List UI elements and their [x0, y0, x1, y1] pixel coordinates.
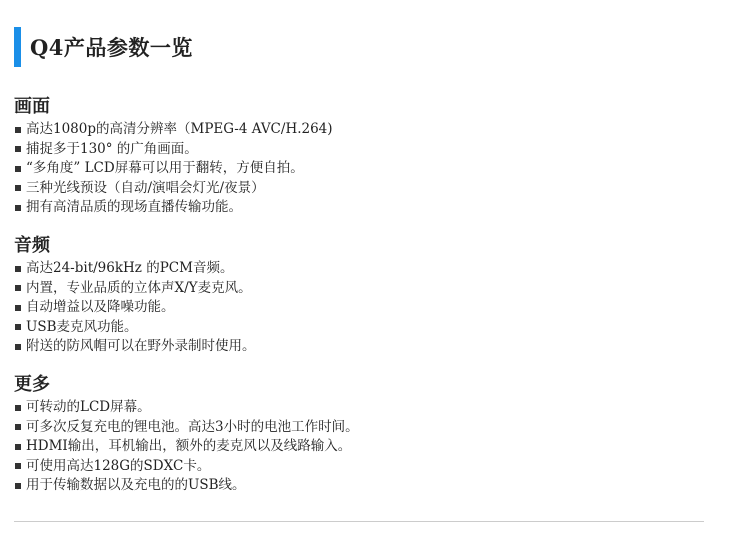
list-item: 捕捉多于130° 的广角画面。 [14, 140, 333, 160]
square-bullet-icon [15, 185, 21, 191]
list-item: HDMI输出，耳机输出，额外的麦克风以及线路输入。 [14, 437, 359, 457]
list-item-text: 可转动的LCD屏幕。 [26, 398, 151, 418]
square-bullet-icon [15, 405, 21, 411]
title-accent-bar [14, 27, 21, 67]
list-item: “多角度” LCD屏幕可以用于翻转，方便自拍。 [14, 159, 333, 179]
square-bullet-icon [15, 483, 21, 489]
square-bullet-icon [15, 285, 21, 291]
section-heading: 画面 [14, 95, 333, 119]
list-item: 自动增益以及降噪功能。 [14, 298, 256, 318]
square-bullet-icon [15, 344, 21, 350]
list-item: 可转动的LCD屏幕。 [14, 398, 359, 418]
list-item-text: 拥有高清品质的现场直播传输功能。 [26, 198, 242, 218]
section-heading: 更多 [14, 373, 359, 397]
list-item-text: 捕捉多于130° 的广角画面。 [26, 140, 198, 160]
page-title-block: Q4产品参数一览 [14, 27, 193, 67]
section-video: 画面 高达1080p的高清分辨率（MPEG-4 AVC/H.264) 捕捉多于1… [14, 95, 333, 218]
section-more: 更多 可转动的LCD屏幕。 可多次反复充电的锂电池。高达3小时的电池工作时间。 … [14, 373, 359, 496]
page-title: Q4产品参数一览 [30, 32, 193, 62]
list-item: 三种光线预设（自动/演唱会灯光/夜景） [14, 179, 333, 199]
list-item: 附送的防风帽可以在野外录制时使用。 [14, 337, 256, 357]
list-item: USB麦克风功能。 [14, 318, 256, 338]
bottom-divider [14, 521, 704, 522]
list-item: 可使用高达128G的SDXC卡。 [14, 457, 359, 477]
feature-list: 高达24-bit/96kHz 的PCM音频。 内置，专业品质的立体声X/Y麦克风… [14, 259, 256, 357]
list-item-text: 高达1080p的高清分辨率（MPEG-4 AVC/H.264) [26, 120, 333, 140]
square-bullet-icon [15, 127, 21, 133]
square-bullet-icon [15, 305, 21, 311]
square-bullet-icon [15, 166, 21, 172]
list-item: 拥有高清品质的现场直播传输功能。 [14, 198, 333, 218]
feature-list: 可转动的LCD屏幕。 可多次反复充电的锂电池。高达3小时的电池工作时间。 HDM… [14, 398, 359, 496]
list-item-text: USB麦克风功能。 [26, 318, 138, 338]
square-bullet-icon [15, 266, 21, 272]
list-item-text: “多角度” LCD屏幕可以用于翻转，方便自拍。 [26, 159, 304, 179]
list-item-text: 附送的防风帽可以在野外录制时使用。 [26, 337, 256, 357]
square-bullet-icon [15, 444, 21, 450]
list-item-text: 自动增益以及降噪功能。 [26, 298, 175, 318]
square-bullet-icon [15, 205, 21, 211]
list-item-text: HDMI输出，耳机输出，额外的麦克风以及线路输入。 [26, 437, 351, 457]
square-bullet-icon [15, 424, 21, 430]
list-item: 高达1080p的高清分辨率（MPEG-4 AVC/H.264) [14, 120, 333, 140]
list-item-text: 可使用高达128G的SDXC卡。 [26, 457, 210, 477]
list-item: 内置，专业品质的立体声X/Y麦克风。 [14, 279, 256, 299]
square-bullet-icon [15, 463, 21, 469]
list-item-text: 三种光线预设（自动/演唱会灯光/夜景） [26, 179, 265, 199]
list-item-text: 内置，专业品质的立体声X/Y麦克风。 [26, 279, 252, 299]
list-item: 高达24-bit/96kHz 的PCM音频。 [14, 259, 256, 279]
square-bullet-icon [15, 146, 21, 152]
list-item: 可多次反复充电的锂电池。高达3小时的电池工作时间。 [14, 418, 359, 438]
section-audio: 音频 高达24-bit/96kHz 的PCM音频。 内置，专业品质的立体声X/Y… [14, 234, 256, 357]
list-item-text: 用于传输数据以及充电的的USB线。 [26, 476, 246, 496]
square-bullet-icon [15, 324, 21, 330]
section-heading: 音频 [14, 234, 256, 258]
list-item-text: 可多次反复充电的锂电池。高达3小时的电池工作时间。 [26, 418, 359, 438]
feature-list: 高达1080p的高清分辨率（MPEG-4 AVC/H.264) 捕捉多于130°… [14, 120, 333, 218]
list-item: 用于传输数据以及充电的的USB线。 [14, 476, 359, 496]
list-item-text: 高达24-bit/96kHz 的PCM音频。 [26, 259, 233, 279]
